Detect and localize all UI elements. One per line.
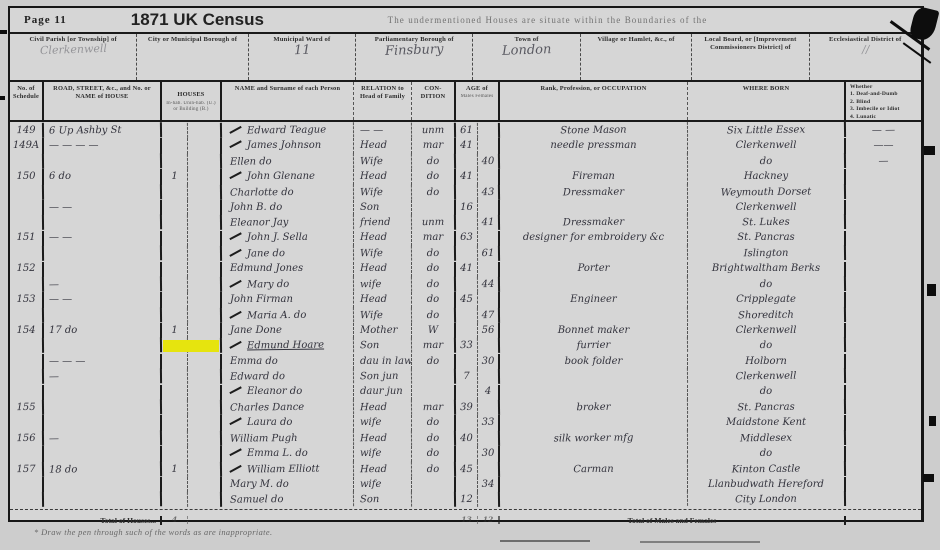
person-name: Edmund Jones: [230, 264, 303, 274]
cell-schedule: [10, 385, 44, 400]
cell-road: [44, 477, 162, 492]
footnote: * Draw the pen through such of the words…: [34, 528, 273, 537]
cell-house-inhabited: [162, 215, 188, 231]
cell-disability: ——: [846, 138, 921, 153]
person-name: Charles Dance: [230, 403, 304, 414]
table-row: 155Charles DanceHeadmar39brokerSt. Pancr…: [10, 400, 921, 415]
cell-where-born: Weymouth Dorset: [688, 184, 846, 201]
cell-condition: [412, 385, 456, 400]
total-males-value: 13: [456, 516, 478, 524]
col-header-age-title: AGE of: [461, 85, 494, 93]
cell-condition: do: [412, 169, 456, 184]
cell-age-male: [456, 385, 478, 400]
cell-where-born: Islington: [688, 245, 846, 262]
cell-house-inhabited: [162, 385, 188, 400]
cell-occupation: silk worker mfg: [500, 430, 688, 448]
cell-schedule: [10, 277, 44, 293]
scan-edge-mark: [929, 416, 936, 426]
cell-name: John J. Sella: [222, 231, 354, 246]
cell-road: —: [44, 276, 162, 293]
table-row: 15417 do1Jane DoneMotherW56Bonnet makerC…: [10, 323, 921, 338]
cell-name: Edmund Hoare: [222, 338, 354, 355]
cell-age-female: [478, 123, 500, 139]
cell-house-uninhabited: [188, 184, 222, 200]
cell-relation: wife: [354, 477, 412, 492]
cell-house-uninhabited: [188, 169, 222, 184]
cell-relation: Son: [354, 338, 412, 354]
person-name: James Johnson: [247, 141, 321, 151]
cell-age-female: 4: [478, 385, 500, 400]
cell-age-male: [456, 308, 478, 324]
col-header-relation: RELATION to Head of Family: [354, 82, 412, 120]
cell-where-born: Brightwaltham Berks: [688, 262, 846, 277]
cell-relation: Head: [354, 169, 412, 184]
scan-edge-mark: [924, 146, 935, 155]
cell-age-male: 16: [456, 200, 478, 215]
cell-where-born: do: [688, 153, 846, 170]
person-name: Eleanor Jay: [230, 218, 289, 229]
table-row: — — —Emma dodau in lawdo30book folderHol…: [10, 354, 921, 369]
cell-where-born: Clerkenwell: [688, 138, 846, 153]
person-name: Emma do: [230, 357, 278, 367]
cell-road: [44, 262, 162, 277]
table-row: Ellen doWifedo40do—: [10, 154, 921, 169]
info-field-label: Local Board, or [Improvement Commissione…: [692, 34, 808, 52]
cell-house-uninhabited: [188, 262, 222, 277]
cell-age-female: [478, 400, 500, 416]
cell-age-female: 56: [478, 323, 500, 338]
cell-road: [44, 184, 162, 201]
cell-where-born: do: [688, 276, 846, 293]
cell-where-born: do: [688, 338, 846, 355]
cell-disability: [846, 215, 921, 231]
cell-name: Mary do: [222, 276, 354, 293]
cell-road: [44, 338, 162, 355]
col-header-condition: CON- DITION: [412, 82, 456, 120]
cell-road: —: [44, 369, 162, 386]
info-field-label: Village or Hamlet, &c., of: [594, 34, 677, 44]
info-field-value: Clerkenwell: [40, 43, 107, 56]
table-row: Mary M. dowife34Llanbudwath Hereford: [10, 477, 921, 492]
cell-where-born: Maidstone Kent: [688, 415, 846, 430]
cell-age-male: 40: [456, 431, 478, 447]
cell-occupation: Carman: [500, 460, 688, 478]
col-header-age: AGE of Males Females: [456, 82, 500, 120]
cell-occupation: [500, 153, 688, 171]
cell-age-male: [456, 277, 478, 293]
table-row: Charlotte doWifedo43DressmakerWeymouth D…: [10, 185, 921, 200]
table-row: 156—William PughHeaddo40silk worker mfgM…: [10, 431, 921, 446]
cell-schedule: 149: [10, 123, 44, 139]
cell-occupation: Dressmaker: [500, 214, 688, 232]
cell-house-uninhabited: [188, 492, 222, 508]
cell-age-male: [456, 415, 478, 430]
cell-relation: Head: [354, 400, 412, 416]
table-row: Jane doWifedo61Islington: [10, 246, 921, 261]
enumerator-tick-mark: [229, 249, 241, 257]
person-name: Mary do: [247, 280, 289, 291]
table-row: —Mary dowifedo44do: [10, 277, 921, 292]
cell-age-male: 12: [456, 492, 478, 508]
table-body: 1496 Up Ashby StEdward Teague— —unm61Sto…: [10, 122, 921, 509]
cell-disability: [846, 231, 921, 246]
cell-where-born: St. Pancras: [688, 399, 846, 416]
cell-age-male: 41: [456, 138, 478, 153]
cell-age-female: [478, 461, 500, 477]
enumerator-tick-mark: [229, 448, 241, 456]
enumerator-tick-mark: [229, 310, 241, 318]
cell-condition: [412, 492, 456, 508]
table-row: Edmund HoareSonmar33furrierdo: [10, 338, 921, 353]
cell-where-born: Hackney: [688, 169, 846, 184]
cell-age-female: 30: [478, 354, 500, 369]
col-header-schedule: No. of Schedule: [10, 82, 44, 120]
cell-age-female: [478, 292, 500, 307]
info-field: Parliamentary Borough ofFinsbury: [356, 34, 473, 80]
col-header-disability-line: 3. Imbecile or Idiot: [850, 106, 900, 114]
col-header-occupation: Rank, Profession, or OCCUPATION: [500, 82, 688, 120]
cell-name: Jane do: [222, 245, 354, 262]
col-header-where-born: WHERE BORN: [688, 82, 846, 120]
info-field-label: City or Municipal Borough of: [145, 34, 240, 44]
cell-disability: [846, 262, 921, 277]
cell-age-female: [478, 231, 500, 246]
col-header-age-sub: Males Females: [461, 94, 494, 101]
cell-house-uninhabited: [188, 307, 222, 323]
cell-road: — —: [44, 292, 162, 307]
cell-disability: [846, 400, 921, 416]
cell-relation: Son: [354, 200, 412, 215]
cell-house-uninhabited: [188, 400, 222, 416]
cell-relation: Wife: [354, 153, 412, 169]
cell-age-male: 41: [456, 169, 478, 184]
cell-schedule: [10, 200, 44, 215]
cell-condition: unm: [412, 215, 456, 231]
cell-schedule: [10, 246, 44, 262]
cell-occupation: Porter: [500, 262, 688, 277]
cell-occupation: [500, 200, 688, 215]
census-page: Page 11 1871 UK Census The undermentione…: [8, 6, 924, 522]
cell-schedule: 155: [10, 400, 44, 416]
cell-name: Laura do: [222, 415, 354, 430]
cell-disability: [846, 200, 921, 215]
cell-age-female: 44: [478, 277, 500, 293]
cell-condition: mar: [412, 231, 456, 246]
cell-condition: W: [412, 323, 456, 338]
table-row: Maria A. doWifedo47Shoreditch: [10, 308, 921, 323]
person-name: John J. Sella: [247, 233, 308, 243]
cell-road: [44, 385, 162, 400]
cell-age-male: 7: [456, 369, 478, 385]
cell-name: Charlotte do: [222, 184, 354, 201]
cell-schedule: 152: [10, 262, 44, 277]
cell-age-male: [456, 323, 478, 338]
cell-occupation: furrier: [500, 337, 688, 355]
table-row: 152Edmund JonesHeaddo41PorterBrightwalth…: [10, 262, 921, 277]
cell-house-inhabited: [162, 246, 188, 262]
table-row: 15718 do1William ElliottHeaddo45CarmanKi…: [10, 462, 921, 477]
cell-occupation: designer for embroidery &c: [500, 231, 688, 246]
cell-occupation: [500, 477, 688, 492]
cell-relation: Son jun: [354, 369, 412, 385]
table-row: —Edward doSon jun7Clerkenwell: [10, 369, 921, 384]
cell-condition: do: [412, 277, 456, 293]
col-header-houses-title: HOUSES: [177, 91, 204, 99]
table-row: 1496 Up Ashby StEdward Teague— —unm61Sto…: [10, 123, 921, 138]
cell-disability: [846, 307, 921, 323]
page-title: 1871 UK Census: [131, 10, 264, 30]
cell-schedule: [10, 184, 44, 200]
col-header-disability: Whether1. Deaf-and-Dumb2. Blind3. Imbeci…: [846, 82, 921, 120]
cell-where-born: Clerkenwell: [688, 368, 846, 385]
cell-condition: do: [412, 461, 456, 477]
cell-name: Edmund Jones: [222, 262, 354, 277]
col-header-houses: HOUSES In-hab. Unin-hab. (U.) or Buildin…: [162, 82, 222, 120]
cell-where-born: Clerkenwell: [688, 200, 846, 215]
cell-disability: [846, 385, 921, 400]
cell-schedule: [10, 369, 44, 385]
cell-house-inhabited: [162, 431, 188, 447]
cell-where-born: Middlesex: [688, 430, 846, 447]
cell-house-uninhabited: [188, 200, 222, 215]
cell-road: 6 Up Ashby St: [44, 122, 162, 139]
total-females-value: 12: [478, 516, 500, 524]
cell-name: Samuel do: [222, 492, 354, 509]
cell-house-uninhabited: [188, 354, 222, 369]
col-header-disability-line: 2. Blind: [850, 99, 870, 107]
cell-name: John Glenane: [222, 169, 354, 184]
cell-disability: [846, 430, 921, 446]
cell-age-male: [456, 477, 478, 492]
cell-relation: dau in law: [354, 354, 412, 369]
cell-where-born: do: [688, 385, 846, 400]
cell-where-born: Shoreditch: [688, 307, 846, 324]
cell-where-born: do: [688, 446, 846, 461]
cell-house-inhabited: [162, 138, 188, 153]
cell-house-uninhabited: [188, 369, 222, 385]
cell-relation: Mother: [354, 323, 412, 338]
enumerator-tick-mark: [229, 417, 241, 425]
cell-occupation: Engineer: [500, 292, 688, 307]
cell-disability: [846, 354, 921, 369]
person-name: John B. do: [230, 203, 282, 213]
cell-age-female: 43: [478, 184, 500, 200]
cell-road: 17 do: [44, 323, 162, 338]
cell-name: Eleanor Jay: [222, 215, 354, 232]
cell-road: 18 do: [44, 461, 162, 478]
cell-relation: Head: [354, 461, 412, 477]
table-row: 1506 do1John GlenaneHeaddo41FiremanHackn…: [10, 169, 921, 184]
cell-occupation: book folder: [500, 354, 688, 369]
cell-house-uninhabited: [188, 277, 222, 293]
cell-house-uninhabited: [188, 246, 222, 262]
cell-occupation: [500, 245, 688, 263]
cell-disability: [846, 369, 921, 385]
person-name: Samuel do: [230, 495, 284, 506]
page-subtitle: The undermentioned Houses are situate wi…: [264, 15, 921, 25]
cell-occupation: Dressmaker: [500, 183, 688, 201]
cell-name: Maria A. do: [222, 307, 354, 324]
cell-schedule: 151: [10, 231, 44, 246]
cell-schedule: [10, 215, 44, 231]
cell-where-born: Holborn: [688, 354, 846, 369]
cell-house-inhabited: [162, 308, 188, 324]
cell-road: —: [44, 430, 162, 447]
cell-age-female: 33: [478, 415, 500, 430]
cell-house-uninhabited: [188, 477, 222, 492]
cell-house-uninhabited: [188, 154, 222, 170]
cell-house-uninhabited: [188, 385, 222, 400]
col-header-houses-sub: In-hab. Unin-hab. (U.) or Building (B.): [164, 101, 218, 114]
cell-occupation: Stone Mason: [500, 122, 688, 140]
cell-condition: do: [412, 184, 456, 200]
person-name: Edward Teague: [247, 125, 326, 136]
cell-road: 6 do: [44, 169, 162, 184]
cell-road: [44, 307, 162, 324]
cell-where-born: Llanbudwath Hereford: [688, 477, 846, 492]
person-name: Charlotte do: [230, 187, 294, 198]
cell-disability: [846, 292, 921, 307]
page-number-label: Page 11: [24, 14, 67, 26]
cell-condition: do: [412, 431, 456, 447]
person-name: Eleanor do: [247, 387, 302, 397]
person-name: Maria A. do: [247, 310, 306, 321]
cell-condition: do: [412, 154, 456, 170]
cell-schedule: 154: [10, 323, 44, 338]
cell-age-female: [478, 262, 500, 277]
total-houses-value: 4: [162, 516, 188, 524]
cell-condition: do: [412, 246, 456, 262]
info-field-value: //: [861, 44, 869, 55]
scan-edge-mark: [927, 284, 936, 296]
cell-disability: [846, 415, 921, 430]
page-header: Page 11 1871 UK Census The undermentione…: [10, 8, 921, 34]
info-field-value: Finsbury: [385, 43, 444, 58]
enumerator-tick-mark: [229, 387, 241, 395]
enumerator-tick-mark: [229, 126, 241, 134]
cell-schedule: 149A: [10, 138, 44, 153]
cell-schedule: [10, 446, 44, 461]
cell-age-male: 41: [456, 262, 478, 277]
cell-relation: daur jun: [354, 385, 412, 400]
cell-name: Eleanor do: [222, 385, 354, 400]
scan-edge-mark: [0, 30, 7, 34]
cell-schedule: [10, 354, 44, 369]
scan-edge-mark: [0, 96, 5, 100]
cell-house-inhabited: [162, 292, 188, 307]
cell-house-inhabited: [162, 262, 188, 277]
cell-occupation: [500, 415, 688, 430]
person-name: William Elliott: [247, 464, 320, 475]
cell-relation: Wife: [354, 184, 412, 200]
cell-house-inhabited: [162, 123, 188, 139]
cell-relation: wife: [354, 277, 412, 293]
cell-age-male: 63: [456, 231, 478, 246]
cell-age-female: [478, 431, 500, 447]
table-row: Emma L. dowifedo30do: [10, 446, 921, 461]
cell-age-male: 33: [456, 338, 478, 354]
total-males-females-label: Total of Males and Females: [500, 516, 846, 525]
cell-where-born: Cripplegate: [688, 292, 846, 307]
cell-name: Charles Dance: [222, 399, 354, 416]
cell-house-inhabited: [162, 154, 188, 170]
person-name: Edward do: [230, 372, 285, 383]
cell-age-male: 45: [456, 292, 478, 307]
cell-age-female: [478, 138, 500, 153]
table-row: 153— —John FirmanHeaddo45EngineerCripple…: [10, 292, 921, 307]
cell-age-male: [456, 154, 478, 170]
scan-edge-mark: [923, 474, 934, 482]
cell-disability: [846, 477, 921, 492]
cell-age-female: [478, 200, 500, 215]
cell-name: Ellen do: [222, 153, 354, 170]
cell-relation: wife: [354, 415, 412, 430]
cell-disability: [846, 323, 921, 338]
cell-age-male: 61: [456, 123, 478, 139]
cell-house-uninhabited: [188, 231, 222, 246]
enumerator-tick-mark: [229, 171, 241, 179]
cell-relation: Head: [354, 138, 412, 153]
cell-road: [44, 492, 162, 509]
cell-name: John Firman: [222, 292, 354, 307]
cell-condition: do: [412, 415, 456, 430]
cell-condition: do: [412, 446, 456, 461]
cell-schedule: 153: [10, 292, 44, 307]
cell-house-inhabited: [162, 354, 188, 369]
cell-schedule: 150: [10, 169, 44, 184]
cell-house-uninhabited: [188, 431, 222, 447]
scan-bottom-line: [500, 540, 590, 542]
cell-age-female: 30: [478, 446, 500, 461]
person-name: Jane do: [247, 249, 285, 259]
cell-relation: Wife: [354, 307, 412, 323]
cell-disability: [846, 492, 921, 508]
cell-name: James Johnson: [222, 138, 354, 153]
info-field: Town ofLondon: [473, 34, 580, 80]
cell-road: — — —: [44, 354, 162, 369]
cell-house-inhabited: [162, 415, 188, 430]
cell-where-born: City London: [688, 491, 846, 508]
cell-disability: — —: [846, 123, 921, 139]
cell-age-male: 45: [456, 461, 478, 477]
cell-house-uninhabited: [188, 415, 222, 430]
col-header-disability-line: Whether: [850, 84, 873, 92]
cell-condition: do: [412, 292, 456, 307]
cell-where-born: Clerkenwell: [688, 323, 846, 338]
cell-road: — —: [44, 200, 162, 215]
cell-where-born: St. Pancras: [688, 231, 846, 246]
cell-name: Edward do: [222, 368, 354, 385]
cell-age-female: [478, 169, 500, 184]
cell-house-inhabited: [162, 184, 188, 200]
cell-disability: [846, 461, 921, 477]
cell-name: William Elliott: [222, 461, 354, 478]
cell-house-uninhabited: [188, 446, 222, 461]
cell-relation: Head: [354, 231, 412, 246]
col-header-disability-line: 1. Deaf-and-Dumb: [850, 91, 898, 99]
cell-condition: mar: [412, 400, 456, 416]
cell-occupation: needle pressman: [500, 138, 688, 153]
person-name: Laura do: [247, 418, 292, 428]
cell-road: — — — —: [44, 138, 162, 153]
cell-road: [44, 399, 162, 416]
cell-relation: Head: [354, 262, 412, 277]
cell-house-uninhabited: [188, 123, 222, 139]
enumerator-tick-mark: [229, 341, 241, 349]
cell-schedule: [10, 307, 44, 323]
cell-age-male: [456, 354, 478, 369]
cell-name: Emma do: [222, 354, 354, 369]
